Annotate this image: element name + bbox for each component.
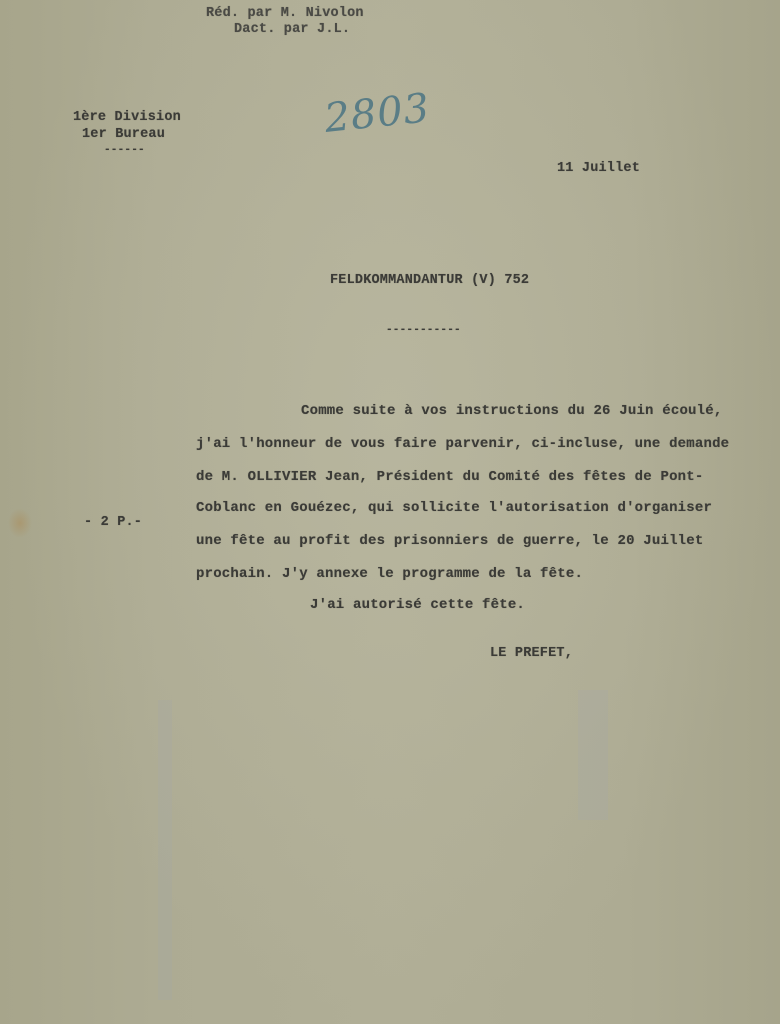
body-line: prochain. J'y annexe le programme de la … [196,566,583,582]
division-rule: ------ [104,142,145,158]
typist-line: Dact. par J.L. [234,22,350,38]
body-line: une fête au profit des prisonniers de gu… [196,533,703,549]
body-closing: J'ai autorisé cette fête. [310,597,525,613]
division-label: 1ère Division [73,110,181,126]
bureau-label: 1er Bureau [82,127,165,143]
recipient-name: FELDKOMMANDANTUR (V) 752 [330,273,529,289]
body-line: de M. OLLIVIER Jean, Président du Comité… [196,469,703,485]
scan-streak [158,700,172,1000]
body-line: Comme suite à vos instructions du 26 Jui… [301,403,722,419]
body-line: Coblanc en Gouézec, qui sollicite l'auto… [196,500,712,516]
handwritten-reference-number: 2803 [322,85,432,142]
scan-streak [578,690,608,820]
body-line: j'ai l'honneur de vous faire parvenir, c… [196,436,729,452]
recipient-rule: ----------- [386,322,461,338]
document-page: Réd. par M. Nivolon Dact. par J.L. 1ère … [0,0,780,1024]
letter-date: 11 Juillet [557,161,640,177]
paper-stain [8,508,32,538]
signature-title: LE PREFET, [490,646,573,662]
margin-page-count: - 2 P.- [84,515,142,531]
redactor-line: Réd. par M. Nivolon [206,6,364,22]
